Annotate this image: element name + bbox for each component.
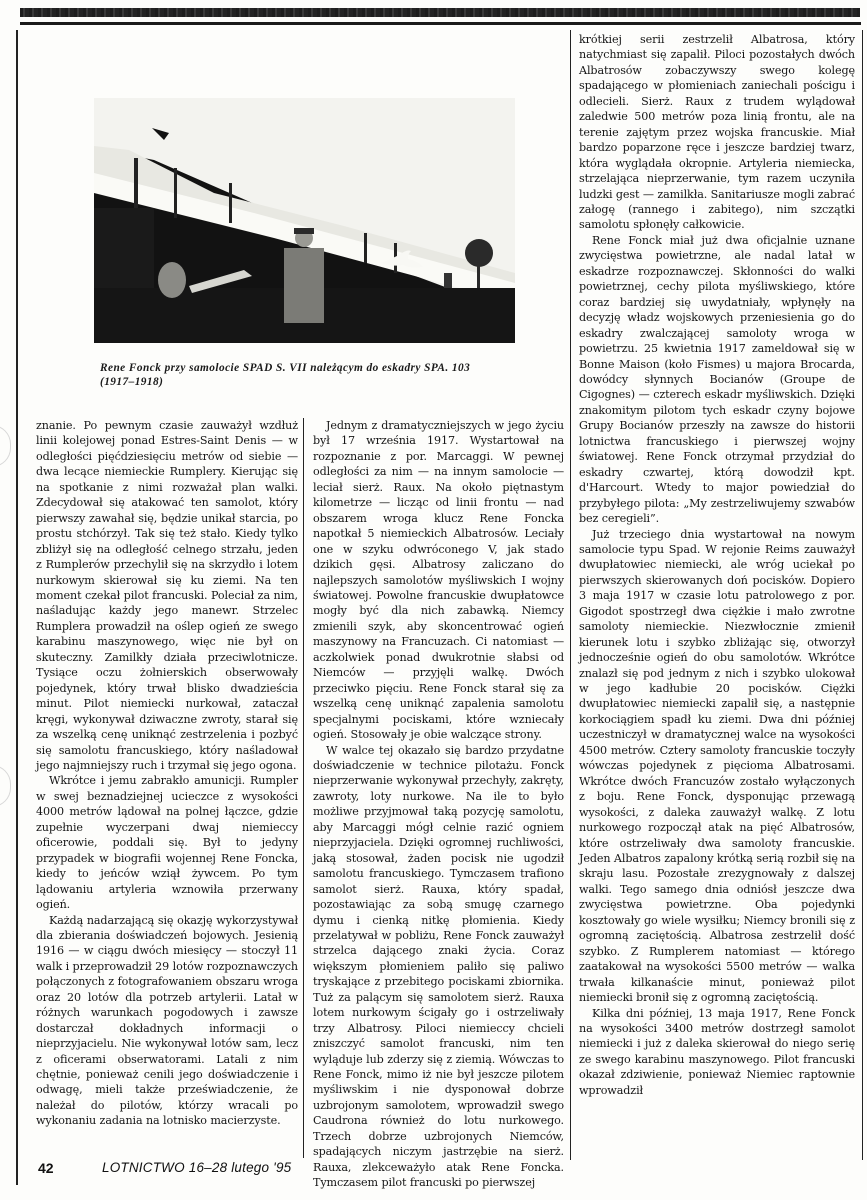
paragraph: Rene Fonck miał już dwa oficjalnie uznan… [579, 233, 855, 527]
paragraph: Wkrótce i jemu zabrakło amunicji. Rumple… [36, 773, 298, 912]
left-column-rule-top [303, 418, 304, 420]
left-margin-rule [16, 30, 18, 1185]
paragraph: znanie. Po pewnym czasie zauważył wzdłuż… [36, 418, 298, 773]
paragraph: W walce tej okazało się bardzo przydatne… [313, 743, 564, 1191]
header-rule-line [20, 22, 861, 25]
page-bleed-mark [0, 765, 11, 807]
caption-line-1: Rene Fonck przy samolocie SPAD S. VII na… [100, 361, 520, 375]
column-rule-mid-right [570, 30, 571, 1160]
photo-caption: Rene Fonck przy samolocie SPAD S. VII na… [100, 361, 520, 389]
article-column-middle: Jednym z dramatyczniejszych w jego życiu… [313, 418, 564, 1191]
page-number: 42 [38, 1160, 54, 1176]
column-rule-left-mid [303, 418, 304, 1158]
paragraph: Jednym z dramatyczniejszych w jego życiu… [313, 418, 564, 743]
publication-footer: LOTNICTWO 16–28 lutego '95 [102, 1160, 291, 1175]
photo-spad-biplane [94, 98, 515, 343]
biplane-photo-icon [94, 98, 515, 343]
right-margin-rule [862, 30, 863, 1160]
paragraph: krótkiej serii zestrzelił Albatrosa, któ… [579, 32, 855, 233]
header-rule-band [20, 8, 860, 17]
article-column-left: znanie. Po pewnym czasie zauważył wzdłuż… [36, 418, 298, 1129]
page-bleed-mark [0, 425, 11, 467]
article-column-right: krótkiej serii zestrzelił Albatrosa, któ… [579, 32, 855, 1098]
paragraph: Już trzeciego dnia wystartował na nowym … [579, 527, 855, 1006]
paragraph: Kilka dni później, 13 maja 1917, Rene Fo… [579, 1006, 855, 1099]
paragraph: Każdą nadarzającą się okazję wykorzystyw… [36, 913, 298, 1129]
caption-line-2: (1917–1918) [100, 375, 520, 389]
